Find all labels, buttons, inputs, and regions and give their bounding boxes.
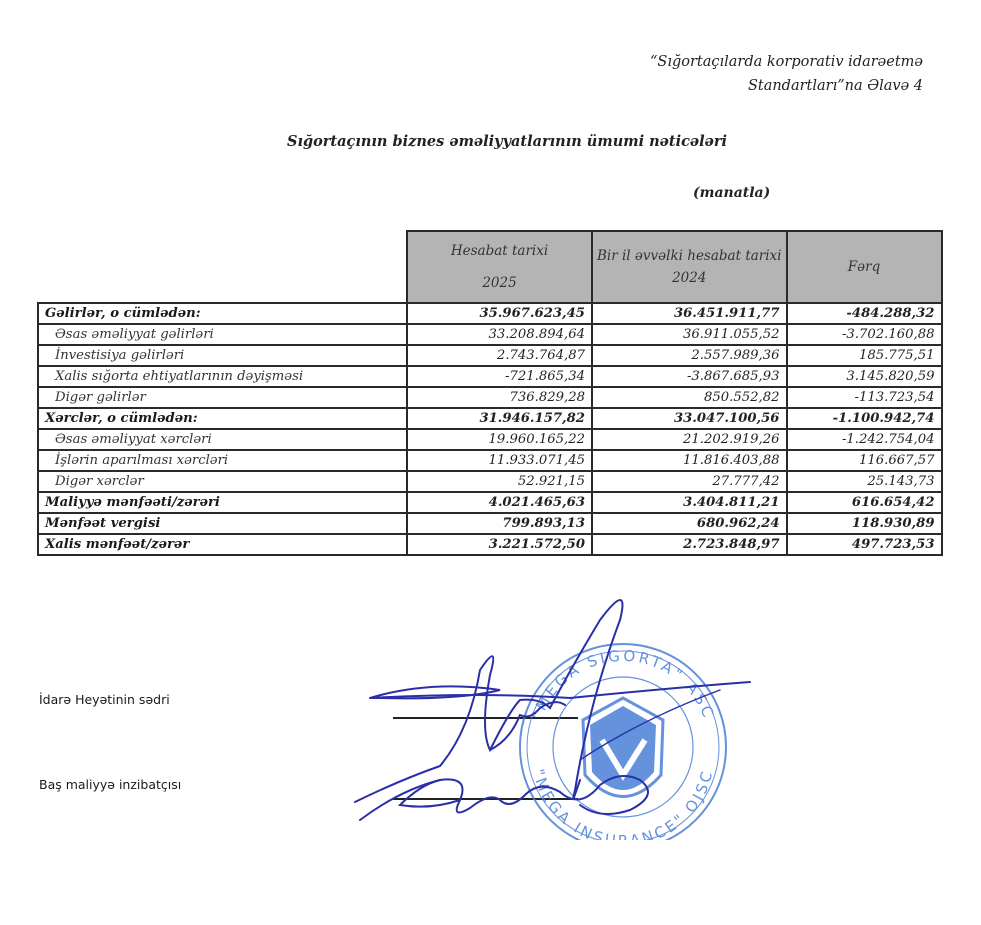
annex-line-1: “Sığortaçılarda korporativ idarəetmə [650,50,923,74]
value-2025: 31.946.157,82 [407,408,592,429]
value-2024: 11.816.403,88 [592,450,787,471]
header-reporting-date: Hesabat tarixi 2025 [407,231,592,303]
row-label: Digər xərclər [38,471,407,492]
signatures-and-stamp: "MEGA SIGORTA" ASC "MEGA INSURANCE" OJSC [340,580,770,840]
value-2024: 27.777,42 [592,471,787,492]
currency-unit: (manatla) [693,185,770,201]
table-row: Digər gəlirlər736.829,28850.552,82-113.7… [38,387,942,408]
row-label: Xalis mənfəət/zərər [38,534,407,555]
value-2024: 2.723.848,97 [592,534,787,555]
header-label: Bir il əvvəlki hesabat tarixi [597,248,782,264]
cfo-signature-label: Baş maliyyə inzibatçısı [39,777,181,792]
value-2024: 36.911.055,52 [592,324,787,345]
document-title: Sığortaçının biznes əməliyyatlarının ümu… [287,133,727,150]
value-difference: 616.654,42 [787,492,942,513]
row-label: Digər gəlirlər [38,387,407,408]
table-row: İnvestisiya gəlirləri2.743.764,872.557.9… [38,345,942,366]
value-2024: 36.451.911,77 [592,303,787,324]
row-label: İnvestisiya gəlirləri [38,345,407,366]
value-2024: 33.047.100,56 [592,408,787,429]
value-difference: -484.288,32 [787,303,942,324]
stamp-and-signatures-graphic: "MEGA SIGORTA" ASC "MEGA INSURANCE" OJSC [340,580,770,840]
value-2024: 21.202.919,26 [592,429,787,450]
value-2024: 680.962,24 [592,513,787,534]
table-row: Digər xərclər52.921,1527.777,4225.143,73 [38,471,942,492]
row-label: Maliyyə mənfəəti/zərəri [38,492,407,513]
table-row: Xərclər, o cümlədən:31.946.157,8233.047.… [38,408,942,429]
row-label: İşlərin aparılması xərcləri [38,450,407,471]
table-row: Mənfəət vergisi799.893,13680.962,24118.9… [38,513,942,534]
value-2025: 4.021.465,63 [407,492,592,513]
value-difference: -1.100.942,74 [787,408,942,429]
table-row: Maliyyə mənfəəti/zərəri4.021.465,633.404… [38,492,942,513]
table-body: Gəlirlər, o cümlədən:35.967.623,4536.451… [38,303,942,555]
table-row: Gəlirlər, o cümlədən:35.967.623,4536.451… [38,303,942,324]
header-year: 2025 [412,274,587,292]
value-2024: -3.867.685,93 [592,366,787,387]
value-2025: 52.921,15 [407,471,592,492]
annex-line-2: Standartları”na Əlavə 4 [650,74,923,98]
table-row: İşlərin aparılması xərcləri11.933.071,45… [38,450,942,471]
table-row: Xalis mənfəət/zərər3.221.572,502.723.848… [38,534,942,555]
value-2024: 2.557.989,36 [592,345,787,366]
row-label: Əsas əməliyyat gəlirləri [38,324,407,345]
header-difference: Fərq [787,231,942,303]
row-label: Xərclər, o cümlədən: [38,408,407,429]
value-difference: 25.143,73 [787,471,942,492]
annex-reference: “Sığortaçılarda korporativ idarəetmə Sta… [650,50,923,98]
chair-signature-label: İdarə Heyətinin sədri [39,692,170,707]
row-label: Gəlirlər, o cümlədən: [38,303,407,324]
value-2025: 2.743.764,87 [407,345,592,366]
value-difference: -1.242.754,04 [787,429,942,450]
value-2025: 33.208.894,64 [407,324,592,345]
value-2025: 19.960.165,22 [407,429,592,450]
header-previous-year-date: Bir il əvvəlki hesabat tarixi 2024 [592,231,787,303]
value-2025: 736.829,28 [407,387,592,408]
value-2025: 799.893,13 [407,513,592,534]
value-2025: 35.967.623,45 [407,303,592,324]
value-2025: 11.933.071,45 [407,450,592,471]
value-difference: -3.702.160,88 [787,324,942,345]
header-blank-cell [38,231,407,303]
header-label: Fərq [848,259,880,275]
header-year: 2024 [597,269,782,287]
value-difference: 185.775,51 [787,345,942,366]
results-table: Hesabat tarixi 2025 Bir il əvvəlki hesab… [37,230,943,556]
value-2024: 850.552,82 [592,387,787,408]
value-difference: 497.723,53 [787,534,942,555]
value-difference: 116.667,57 [787,450,942,471]
company-stamp: "MEGA SIGORTA" ASC "MEGA INSURANCE" OJSC [520,644,726,840]
table-row: Əsas əməliyyat xərcləri19.960.165,2221.2… [38,429,942,450]
row-label: Əsas əməliyyat xərcləri [38,429,407,450]
row-label: Mənfəət vergisi [38,513,407,534]
value-2025: -721.865,34 [407,366,592,387]
table-row: Xalis sığorta ehtiyatlarının dəyişməsi-7… [38,366,942,387]
value-difference: -113.723,54 [787,387,942,408]
value-difference: 118.930,89 [787,513,942,534]
header-label: Hesabat tarixi [451,243,548,259]
table-row: Əsas əməliyyat gəlirləri33.208.894,6436.… [38,324,942,345]
value-2024: 3.404.811,21 [592,492,787,513]
value-difference: 3.145.820,59 [787,366,942,387]
table-header-row: Hesabat tarixi 2025 Bir il əvvəlki hesab… [38,231,942,303]
value-2025: 3.221.572,50 [407,534,592,555]
row-label: Xalis sığorta ehtiyatlarının dəyişməsi [38,366,407,387]
